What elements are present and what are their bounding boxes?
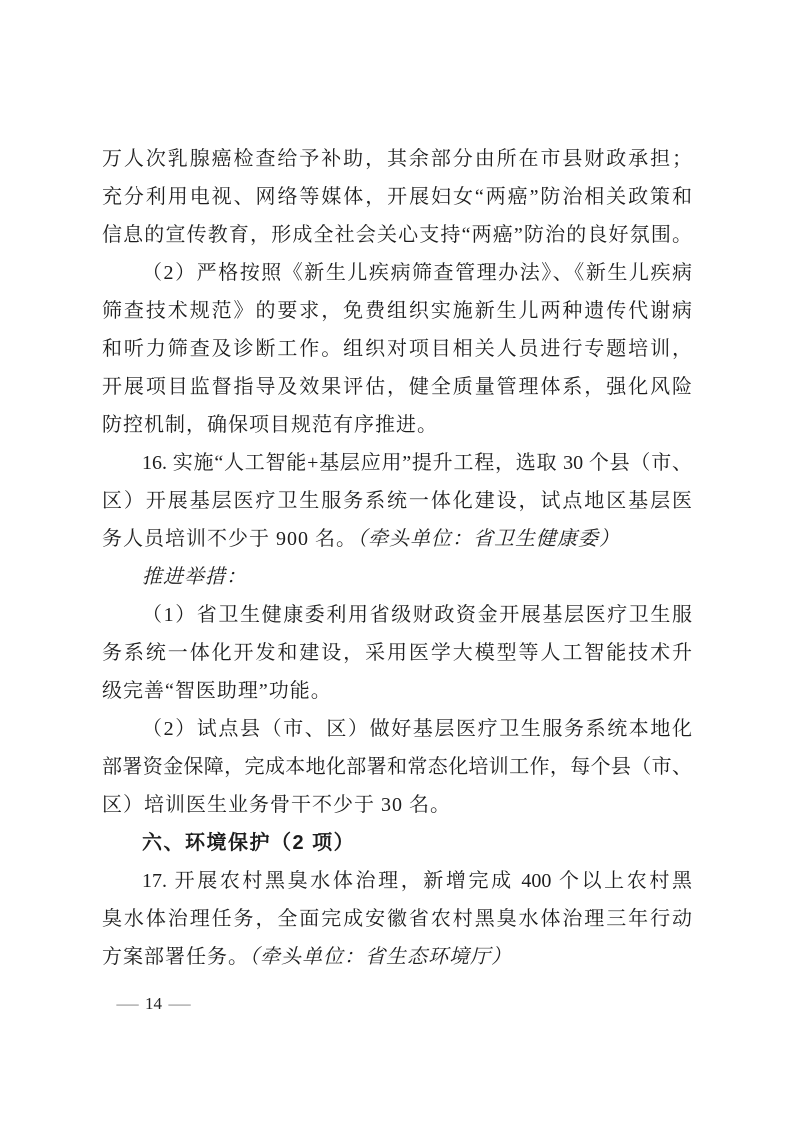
- body-line: 和听力筛查及诊断工作。组织对项目相关人员进行专题培训，: [102, 330, 692, 368]
- page-number-dash-right: —: [168, 993, 190, 1015]
- page-number-value: 14: [145, 993, 162, 1015]
- body-line: 万人次乳腺癌检查给予补助，其余部分由所在市县财政承担；: [102, 140, 692, 178]
- body-line: 部署资金保障，完成本地化部署和常态化培训工作，每个县（市、: [102, 748, 692, 786]
- section-heading-environment: 六、环境保护（2 项）: [102, 824, 692, 862]
- document-page: 万人次乳腺癌检查给予补助，其余部分由所在市县财政承担； 充分利用电视、网络等媒体…: [0, 0, 793, 1122]
- body-line-main: 方案部署任务。: [102, 946, 249, 968]
- body-line: 信息的宣传教育，形成全社会关心支持“两癌”防治的良好氛围。: [102, 216, 692, 254]
- body-line-with-lead-unit: 方案部署任务。（牵头单位：省生态环境厅）: [102, 938, 692, 976]
- body-line: 防控机制，确保项目规范有序推进。: [102, 406, 692, 444]
- page-number: — 14 —: [119, 993, 188, 1015]
- body-line-main: 务人员培训不少于 900 名。: [102, 528, 357, 550]
- body-line: 区）培训医生业务骨干不少于 30 名。: [102, 786, 692, 824]
- body-line: 臭水体治理任务，全面完成安徽省农村黑臭水体治理三年行动: [102, 900, 692, 938]
- body-line: 充分利用电视、网络等媒体，开展妇女“两癌”防治相关政策和: [102, 178, 692, 216]
- document-body: 万人次乳腺癌检查给予补助，其余部分由所在市县财政承担； 充分利用电视、网络等媒体…: [102, 140, 692, 976]
- body-line-item-17: 17. 开展农村黑臭水体治理，新增完成 400 个以上农村黑: [102, 862, 692, 900]
- page-number-dash-left: —: [116, 993, 138, 1015]
- body-line: 区）开展基层医疗卫生服务系统一体化建设，试点地区基层医: [102, 482, 692, 520]
- body-line: 务系统一体化开发和建设，采用医学大模型等人工智能技术升: [102, 634, 692, 672]
- body-line: 开展项目监督指导及效果评估，健全质量管理体系，强化风险: [102, 368, 692, 406]
- lead-unit-label: （牵头单位：省生态环境厅）: [249, 946, 512, 968]
- body-line: 筛查技术规范》的要求，免费组织实施新生儿两种遗传代谢病: [102, 292, 692, 330]
- body-line: （2）试点县（市、区）做好基层医疗卫生服务系统本地化: [102, 710, 692, 748]
- body-line-with-lead-unit: 务人员培训不少于 900 名。（牵头单位：省卫生健康委）: [102, 520, 692, 558]
- measures-label: 推进举措：: [102, 558, 692, 596]
- body-line-item-16: 16. 实施“人工智能+基层应用”提升工程，选取 30 个县（市、: [102, 444, 692, 482]
- lead-unit-label: （牵头单位：省卫生健康委）: [357, 528, 620, 550]
- body-line: 级完善“智医助理”功能。: [102, 672, 692, 710]
- body-line: （2）严格按照《新生儿疾病筛查管理办法》、《新生儿疾病: [102, 254, 692, 292]
- body-line: （1）省卫生健康委利用省级财政资金开展基层医疗卫生服: [102, 596, 692, 634]
